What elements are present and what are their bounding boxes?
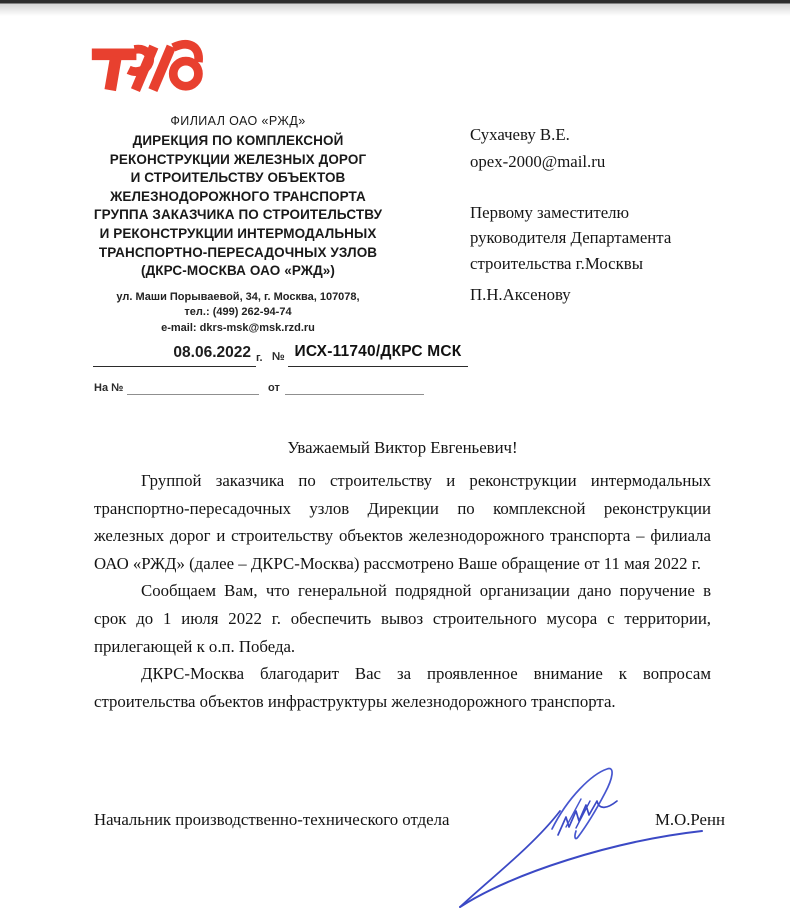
recipient-block: Сухачеву В.Е. opex-2000@mail.ru <box>470 121 605 175</box>
letterhead-line: И СТРОИТЕЛЬСТВУ ОБЪЕКТОВ <box>52 169 424 188</box>
reply-to-label: На № <box>94 382 123 394</box>
sender-address-block: ул. Маши Порываевой, 34, г. Москва, 1070… <box>52 290 424 336</box>
rzd-logo-icon <box>86 34 212 94</box>
letterhead-line: РЕКОНСТРУКЦИИ ЖЕЛЕЗНЫХ ДОРОГ <box>52 151 424 170</box>
number-sign-label: № <box>272 351 285 363</box>
recipient-position-line: строительства г.Москвы <box>470 251 671 276</box>
reply-from-label: от <box>268 382 280 394</box>
letterhead-line: ДИРЕКЦИЯ ПО КОМПЛЕКСНОЙ <box>52 132 424 151</box>
letter-body: Группой заказчика по строительству и рек… <box>94 467 711 715</box>
letter-page: ФИЛИАЛ ОАО «РЖД» ДИРЕКЦИЯ ПО КОМПЛЕКСНОЙ… <box>0 0 790 914</box>
recipient-email: opex-2000@mail.ru <box>470 148 605 175</box>
letterhead-line: ЖЕЛЕЗНОДОРОЖНОГО ТРАНСПОРТА <box>52 188 424 207</box>
letterhead-line: ТРАНСПОРТНО-ПЕРЕСАДОЧНЫХ УЗЛОВ <box>52 244 424 263</box>
page-top-edge <box>0 0 790 16</box>
address-line: e-mail: dkrs-msk@msk.rzd.ru <box>52 321 424 336</box>
letterhead-line: ГРУППА ЗАКАЗЧИКА ПО СТРОИТЕЛЬСТВУ <box>52 206 424 225</box>
signatory-name: М.О.Ренн <box>655 810 725 830</box>
salutation: Уважаемый Виктор Евгеньевич! <box>94 438 711 458</box>
address-line: тел.: (499) 262-94-74 <box>52 305 424 320</box>
letterhead-line: ФИЛИАЛ ОАО «РЖД» <box>52 112 424 130</box>
letterhead-line: (ДКРС-МОСКВА ОАО «РЖД») <box>52 262 424 281</box>
body-paragraph: Сообщаем Вам, что генеральной подрядной … <box>94 577 711 660</box>
recipient-name: Сухачеву В.Е. <box>470 121 605 148</box>
address-line: ул. Маши Порываевой, 34, г. Москва, 1070… <box>52 290 424 305</box>
body-paragraph: ДКРС-Москва благодарит Вас за проявленно… <box>94 660 711 715</box>
outgoing-number-field: ИСХ-11740/ДКРС МСК <box>288 343 468 367</box>
handwritten-signature-icon <box>438 765 723 914</box>
body-paragraph: Группой заказчика по строительству и рек… <box>94 467 711 577</box>
recipient-second-person: П.Н.Аксенову <box>470 285 571 305</box>
signatory-position: Начальник производственно-технического о… <box>94 810 449 830</box>
letterhead-block: ФИЛИАЛ ОАО «РЖД» ДИРЕКЦИЯ ПО КОМПЛЕКСНОЙ… <box>52 112 424 281</box>
recipient-position-line: Первому заместителю <box>470 200 671 225</box>
reply-number-blank-field <box>127 379 259 395</box>
recipient-position-block: Первому заместителю руководителя Департа… <box>470 200 671 276</box>
letterhead-line: И РЕКОНСТРУКЦИИ ИНТЕРМОДАЛЬНЫХ <box>52 225 424 244</box>
date-suffix-label: г. <box>256 352 263 364</box>
outgoing-date-field: 08.06.2022 <box>93 344 256 367</box>
reply-date-blank-field <box>285 379 424 395</box>
recipient-position-line: руководителя Департамента <box>470 225 671 250</box>
